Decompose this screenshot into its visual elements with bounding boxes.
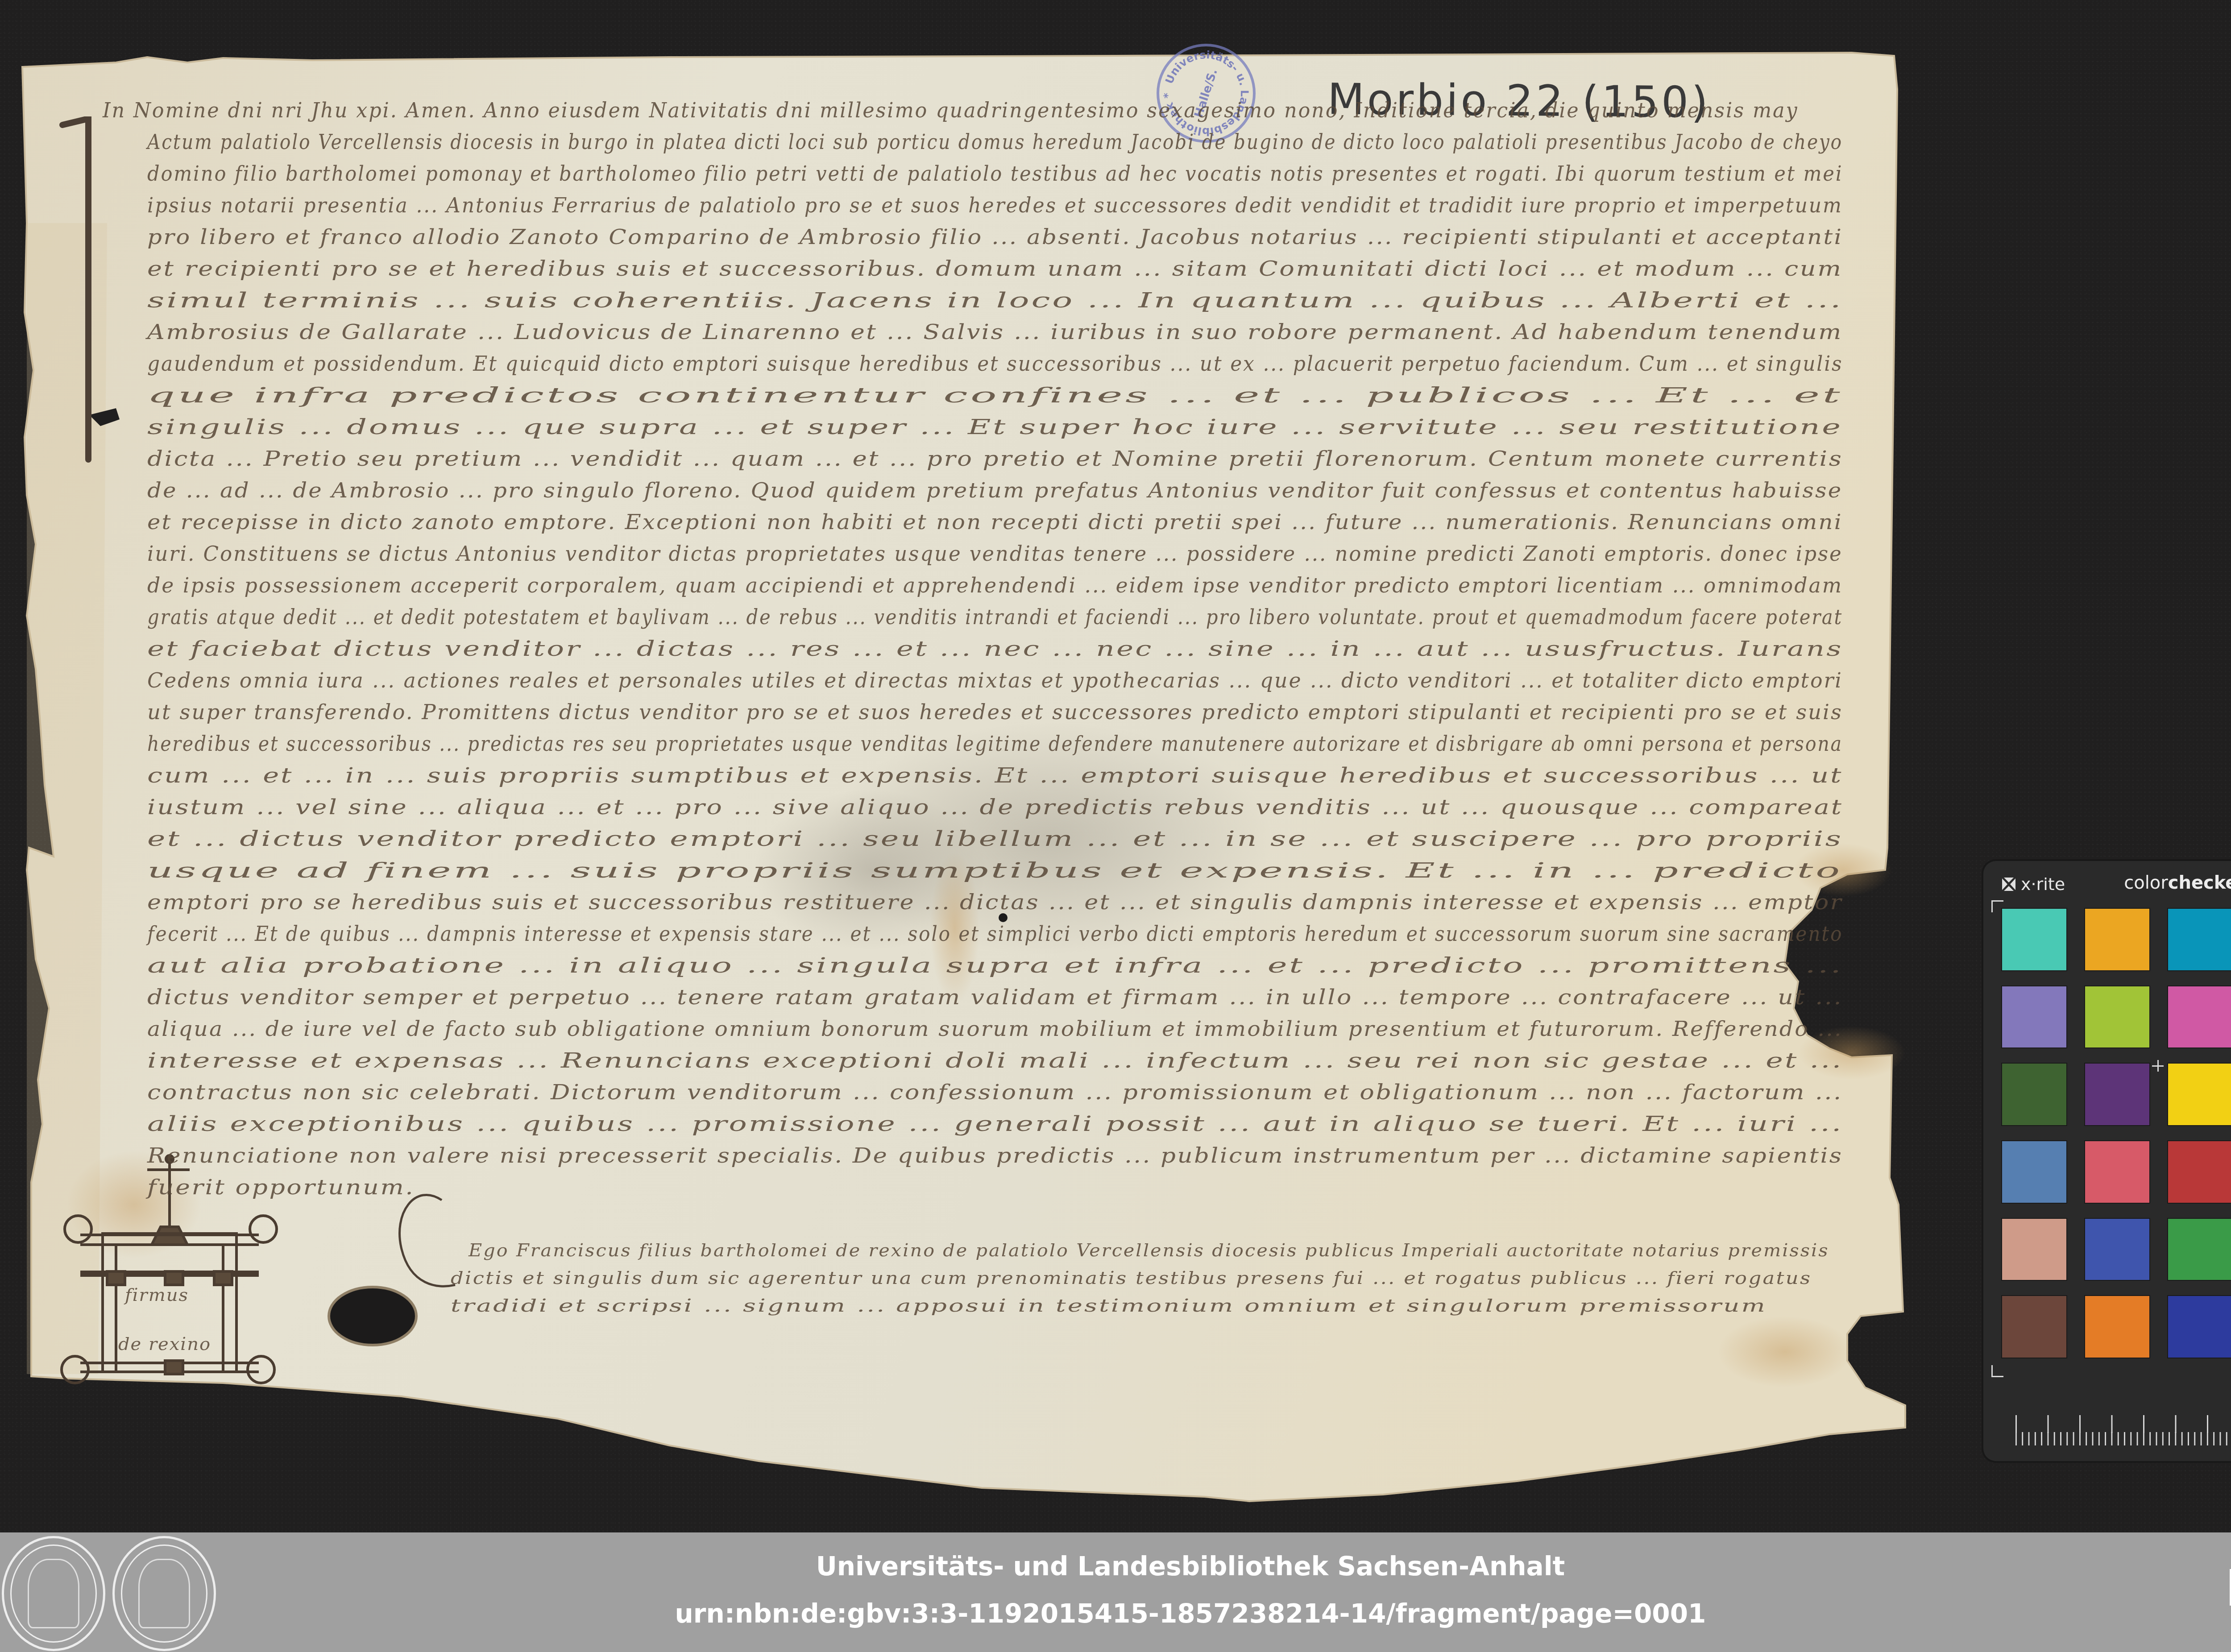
xrite-brand: x·rite [2001, 874, 2065, 894]
text-line: Cedens omnia iura ... actiones reales et… [147, 668, 1843, 692]
text-line: iustum ... vel sine ... aliqua ... et ..… [147, 795, 1843, 819]
color-swatch [2001, 1295, 2067, 1358]
mm-ruler-major-ticks [2015, 1415, 2231, 1433]
text-line: simul terminis ... suis coherentiis. Jac… [147, 288, 1843, 312]
dfg-logo: DFG [2224, 1564, 2231, 1614]
color-swatch [2084, 1140, 2150, 1204]
text-line: usque ad finem ... suis propriis sumptib… [147, 858, 1842, 882]
color-swatch [2084, 985, 2150, 1049]
color-swatch [2001, 1140, 2067, 1204]
text-line: Ambrosius de Gallarate ... Ludovicus de … [147, 320, 1843, 344]
color-swatch [2167, 985, 2231, 1049]
text-line: ut super transferendo. Promittens dictus… [147, 700, 1843, 724]
colorchecker-title: colorchecker CLASSIC [2124, 873, 2231, 893]
color-swatch [2001, 1063, 2067, 1126]
text-line: aliis exceptionibus ... quibus ... promi… [147, 1112, 1843, 1136]
crop-mark-icon [1991, 1365, 2003, 1377]
title-light: color [2124, 873, 2168, 893]
text-line: aliqua ... de iure vel de facto sub obli… [147, 1017, 1843, 1041]
text-line: et recepisse in dicto zanoto emptore. Ex… [147, 510, 1843, 534]
color-swatch [2084, 1218, 2150, 1281]
text-line: interesse et expensas ... Renuncians exc… [147, 1048, 1843, 1072]
text-line: de ... ad ... de Ambrosio ... pro singul… [147, 478, 1843, 502]
text-line: contractus non sic celebrati. Dictorum v… [147, 1080, 1843, 1104]
color-swatch [2001, 1218, 2067, 1281]
text-line: de ipsis possessionem acceperit corporal… [147, 573, 1843, 597]
text-line: ipsius notarii presentia ... Antonius Fe… [147, 193, 1843, 217]
text-line: aut alia probatione ... in aliquo ... si… [147, 953, 1843, 977]
text-line: gratis atque dedit ... et dedit potestat… [147, 605, 1843, 629]
color-swatch [2084, 1063, 2150, 1126]
text-line: singulis ... domus ... que supra ... et … [147, 415, 1842, 439]
notarial-sign-lower-label: de rexino [118, 1334, 211, 1354]
text-line: et ... dictus venditor predicto emptori … [147, 827, 1843, 851]
text-line: que infra predictos continentur confines… [147, 383, 1843, 407]
color-swatch [2167, 1295, 2231, 1358]
text-line: fecerit ... Et de quibus ... dampnis int… [147, 922, 1843, 946]
text-line: pro libero et franco allodio Zanoto Comp… [147, 225, 1843, 249]
library-stamp: Universitäts- u. Landesbibliothek * Hall… [1157, 44, 1256, 143]
color-swatch [2167, 1218, 2231, 1281]
text-line: dictus venditor semper et perpetuo ... t… [147, 985, 1843, 1009]
subscription-line: tradidi et scripsi ... signum ... apposu… [451, 1296, 1767, 1316]
color-swatch [2167, 1140, 2231, 1204]
xrite-brand-text: x·rite [2021, 874, 2065, 894]
subscription-line: Ego Franciscus filius bartholomei de rex… [469, 1240, 1829, 1261]
text-line: Renunciatione non valere nisi precesseri… [147, 1143, 1843, 1168]
xrite-logo-icon [2001, 877, 2016, 892]
seal-hole [329, 1287, 416, 1345]
color-checker-card: x·rite colorchecker CLASSIC mm [1983, 861, 2231, 1461]
subscription-line: dictis et singulis dum sic agerentur una… [451, 1268, 1812, 1288]
text-line: In Nomine dni nri Jhu xpi. Amen. Anno ei… [103, 98, 1798, 122]
color-swatch-grid [2001, 908, 2231, 1358]
text-line: domino filio bartholomei pomonay et bart… [147, 161, 1843, 186]
text-line: Actum palatiolo Vercellensis diocesis in… [147, 130, 1843, 154]
title-bold: checker [2168, 873, 2231, 893]
urn-identifier[interactable]: urn:nbn:de:gbv:3:3-1192015415-1857238214… [0, 1598, 2231, 1629]
parchment-document: Universitäts- u. Landesbibliothek * Hall… [0, 0, 2231, 1532]
color-swatch [2167, 908, 2231, 971]
text-line: heredibus et successoribus ... predictas… [147, 732, 1843, 756]
footer-bar: Universitäts- und Landesbibliothek Sachs… [0, 1532, 2231, 1652]
center-crosshair-icon [2152, 1060, 2164, 1072]
text-line: et faciebat dictus venditor ... dictas .… [147, 637, 1843, 661]
text-line: fuerit opportunum. [147, 1175, 415, 1199]
text-line: dicta ... Pretio seu pretium ... vendidi… [147, 447, 1843, 471]
text-line: cum ... et ... in ... suis propriis sump… [147, 763, 1843, 787]
notarial-sign-upper-label: firmus [125, 1285, 189, 1305]
text-line: gaudendum et possidendum. Et quicquid di… [147, 352, 1843, 376]
color-swatch [2001, 908, 2067, 971]
text-line: emptori pro se heredibus suis et success… [147, 890, 1843, 914]
color-swatch [2084, 908, 2150, 971]
color-swatch [2001, 985, 2067, 1049]
text-line: iuri. Constituens se dictus Antonius ven… [147, 542, 1843, 566]
color-swatch [2167, 1063, 2231, 1126]
institution-name: Universitäts- und Landesbibliothek Sachs… [0, 1551, 2231, 1582]
color-swatch [2084, 1295, 2150, 1358]
text-line: et recipienti pro se et heredibus suis e… [147, 257, 1843, 281]
